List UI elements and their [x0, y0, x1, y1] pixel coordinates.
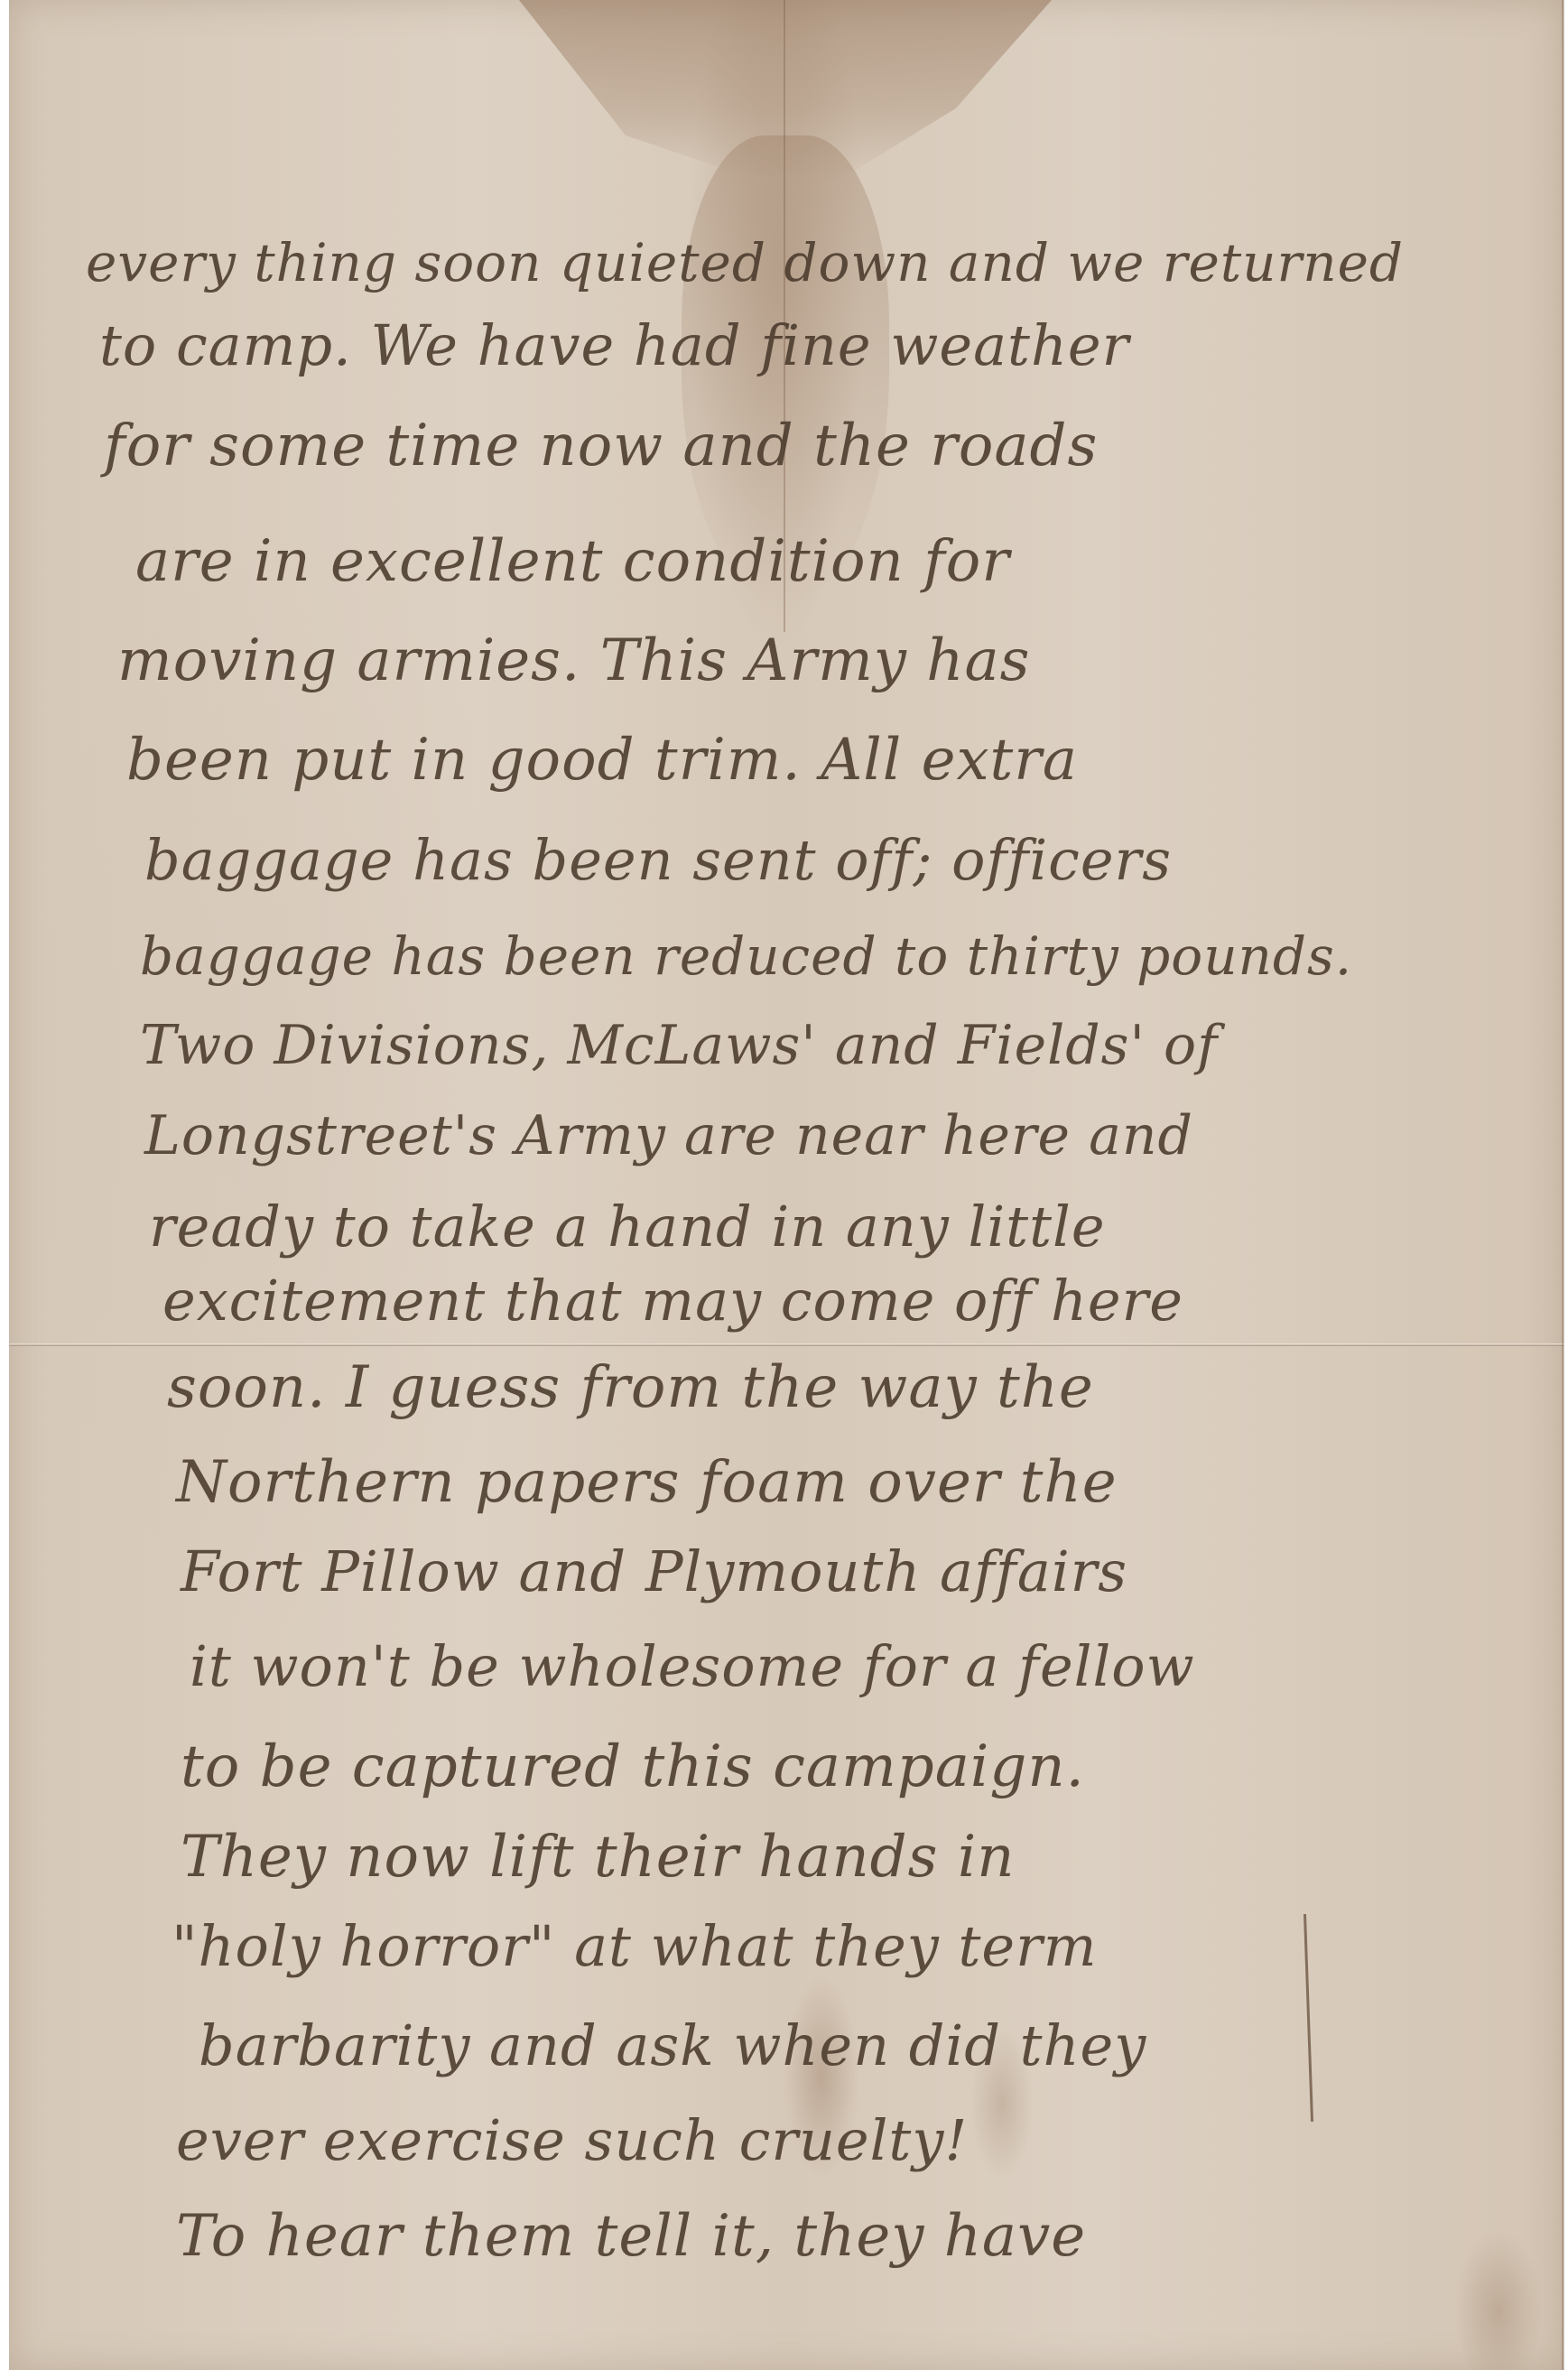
letter-line: to be captured this campaign.: [181, 1738, 1085, 1796]
letter-line: it won't be wholesome for a fellow: [190, 1639, 1195, 1695]
letter-line: Two Divisions, McLaws' and Fields' of: [140, 1018, 1218, 1073]
letter-line: ready to take a hand in any little: [149, 1199, 1106, 1255]
letter-line: "holy horror" at what they term: [172, 1919, 1098, 1975]
letter-line: excitement that may come off here: [162, 1273, 1183, 1329]
letter-line: to camp. We have had fine weather: [99, 318, 1129, 374]
letter-line: soon. I guess from the way the: [167, 1359, 1094, 1417]
letter-line: Fort Pillow and Plymouth affairs: [181, 1544, 1127, 1600]
letter-line: Northern papers foam over the: [176, 1454, 1118, 1511]
letter-line: Longstreet's Army are near here and: [144, 1109, 1193, 1163]
letter-line: every thing soon quieted down and we ret…: [86, 237, 1404, 289]
letter-line: ever exercise such cruelty!: [176, 2113, 968, 2169]
letter-line: To hear them tell it, they have: [176, 2207, 1086, 2265]
letter-line: baggage has been sent off; officers: [144, 832, 1172, 888]
letter-line: are in excellent condition for: [135, 533, 1010, 590]
letter-line: barbarity and ask when did they: [199, 2018, 1146, 2074]
letter-line: for some time now and the roads: [104, 417, 1098, 475]
letter-line: been put in good trim. All extra: [126, 731, 1078, 789]
letter-line: moving armies. This Army has: [117, 632, 1030, 690]
letter-body: every thing soon quieted down and we ret…: [0, 0, 1568, 2370]
letter-line: They now lift their hands in: [181, 1828, 1016, 1886]
letter-line: baggage has been reduced to thirty pound…: [140, 930, 1352, 982]
